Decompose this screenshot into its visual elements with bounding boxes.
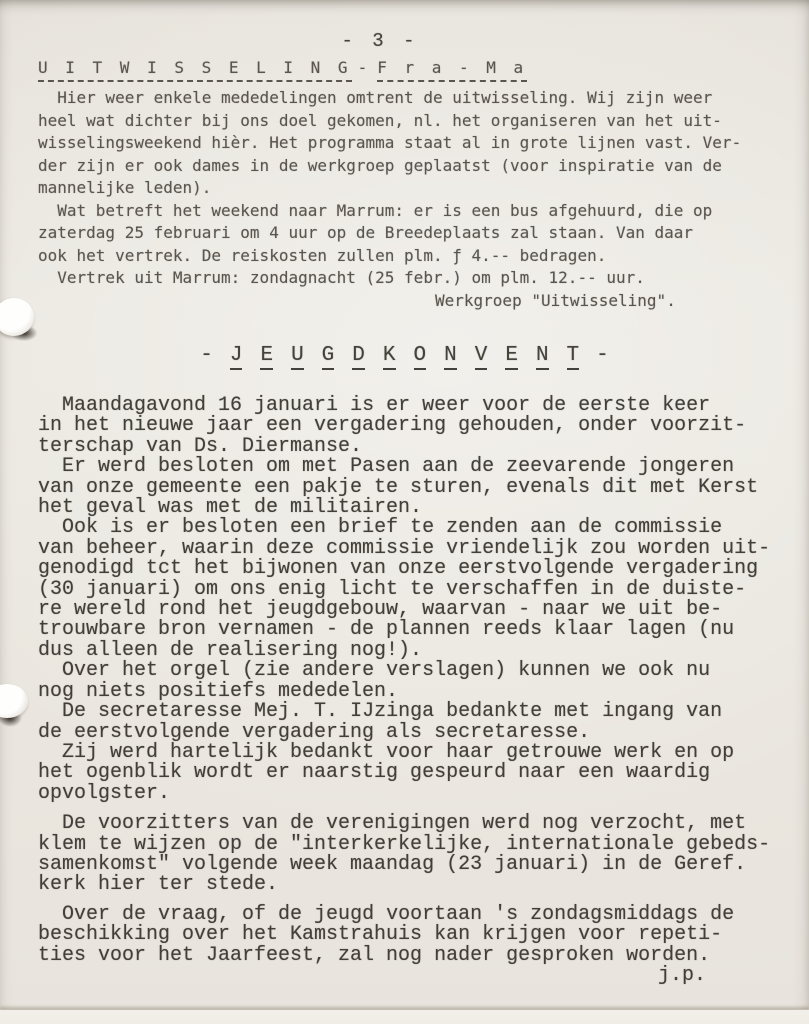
heading-letter: N [444,344,457,370]
heading-letter: G [322,344,335,370]
binder-hole-bottom [0,678,46,738]
heading-letter: K [383,344,396,370]
binder-hole-top [0,292,62,352]
heading-letter: N [536,344,549,370]
jeugdkonvent-kamstrahuis-paragraph: Over de vraag, of de jeugd voortaan 's z… [38,905,786,966]
heading-subtitle: F r a - M a [377,58,527,82]
heading-separator: - [352,58,378,77]
scanned-document-page: - 3 - U I T W I S S E L I N G-F r a - M … [0,0,809,1024]
heading-letters: JEUGDKONVENT [221,344,588,367]
jeugdkonvent-voorzitters-paragraph: De voorzitters van de verenigingen werd … [38,814,786,896]
page-number: - 3 - [0,30,760,52]
page-bottom-edge-line [0,1009,809,1010]
heading-letter: U [291,344,304,370]
section-jeugdkonvent: Maandagavond 16 januari is er weer voor … [38,396,786,986]
page-bottom-edge [0,1009,809,1024]
uitwisseling-signature: Werkgroep "Uitwisseling". [38,290,783,313]
section-heading-uitwisseling: U I T W I S S E L I N G-F r a - M a [38,58,783,77]
jeugdkonvent-signature: j.p. [38,966,786,986]
heading-dash-right: - [596,344,609,367]
heading-letter: E [505,344,518,370]
heading-letter: V [475,344,488,370]
heading-letter: J [230,344,243,370]
heading-dash-left: - [200,344,213,367]
heading-letter: E [260,344,273,370]
heading-letter: D [352,344,365,370]
section-heading-jeugdkonvent: -JEUGDKONVENT- [0,344,809,370]
heading-letter: O [414,344,427,370]
jeugdkonvent-body-text: Maandagavond 16 januari is er weer voor … [38,396,786,804]
heading-title: U I T W I S S E L I N G [38,58,352,82]
uitwisseling-body-text: Hier weer enkele mededelingen omtrent de… [38,87,783,290]
section-uitwisseling: U I T W I S S E L I N G-F r a - M a Hier… [38,58,783,312]
heading-letter: T [567,344,580,370]
